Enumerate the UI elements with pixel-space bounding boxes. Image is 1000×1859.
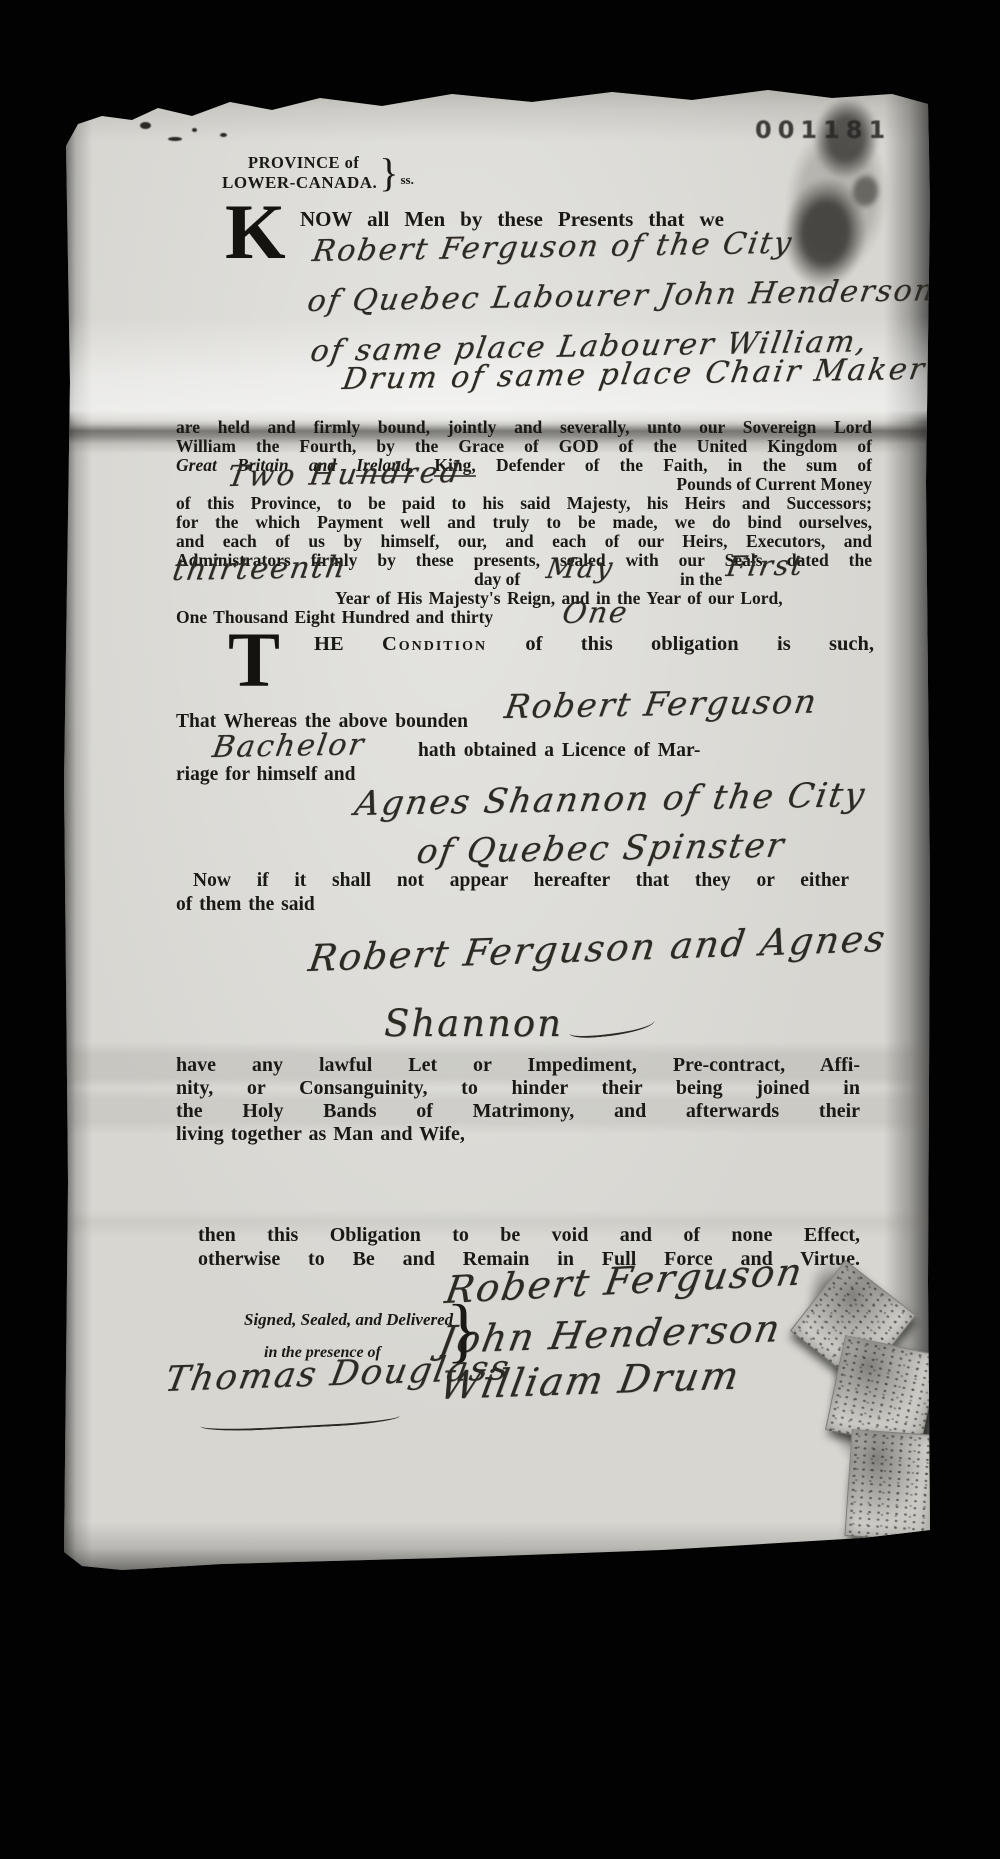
obligors-handwriting-line1: Robert Ferguson of the City — [310, 226, 796, 269]
province-header: PROVINCE of LOWER-CANADA. } ss. — [222, 154, 414, 193]
void-clause-line1: then this Obligation to be void and of n… — [198, 1224, 860, 1247]
province-line1: PROVINCE of — [248, 154, 377, 173]
licence-text: hath obtained a Licence of Mar- — [418, 740, 700, 762]
bond-clause-line5: of this Province, to be paid to his said… — [176, 493, 872, 514]
condition-he: HE — [314, 633, 382, 655]
groom-handwriting: Robert Ferguson — [502, 682, 821, 726]
bond-clause-line3-rest: Defender of the Faith, in the sum of — [476, 455, 872, 475]
couple-handwriting-line2: Shannon — [384, 1002, 563, 1045]
groom-status-handwriting: Bachelor — [210, 727, 368, 765]
couple-handwriting-line2-wrap: Shannon — [384, 1002, 655, 1045]
bond-clause-line6: for the which Payment well and truly to … — [176, 512, 872, 533]
paper-speck — [192, 128, 197, 132]
bond-clause-line2: William the Fourth, by the Grace of GOD … — [176, 436, 872, 457]
proviso-line1: Now if it shall not appear hereafter tha… — [193, 870, 849, 892]
impediment-line3: the Holy Bands of Matrimony, and afterwa… — [176, 1100, 860, 1123]
month-handwriting: May — [544, 551, 617, 585]
drop-cap-k: K — [225, 200, 286, 264]
condition-line: HE Condition of this obligation is such, — [314, 633, 874, 656]
couple-handwriting-line1: Robert Ferguson and Agnes — [306, 917, 889, 980]
condition-word: Condition — [382, 633, 487, 655]
bond-clause-line10: One Thousand Eight Hundred and thirty — [176, 607, 493, 628]
bride-handwriting-line2: of Quebec Spinster — [414, 826, 788, 872]
day-handwriting: thirteenth — [170, 550, 350, 588]
paper-speck — [168, 137, 182, 141]
wafer-seal-3 — [844, 1429, 938, 1542]
jurat-abbreviation: ss. — [400, 172, 413, 188]
bond-clause-line9: Year of His Majesty's Reign, and in the … — [335, 588, 783, 609]
impediment-line2: nity, or Consanguinity, to hinder their … — [176, 1077, 860, 1100]
scanned-document-screenshot: 001181 PROVINCE of LOWER-CANADA. } ss. K… — [0, 0, 1000, 1859]
regnal-year-handwriting: First — [724, 549, 807, 583]
attestation-line1: Signed, Sealed, and Delivered — [244, 1310, 453, 1330]
paper-speck — [220, 133, 227, 137]
paper-speck — [140, 122, 151, 129]
drop-cap-t: T — [228, 628, 280, 692]
impediment-line1: have any lawful Let or Impediment, Pre-c… — [176, 1054, 860, 1077]
impediment-line4: living together as Man and Wife, — [176, 1123, 465, 1146]
bond-clause-line1: are held and firmly bound, jointly and s… — [176, 417, 872, 438]
stamp-number: 001181 — [755, 116, 891, 144]
day-of-label: day of — [474, 569, 520, 590]
condition-rest: of this obligation is such, — [487, 633, 874, 655]
year-handwriting: One — [560, 595, 631, 630]
obligors-handwriting-line2: of Quebec Labourer John Henderson — [305, 273, 938, 319]
witness-signature-underline — [200, 1409, 400, 1433]
licence-cont: riage for himself and — [176, 764, 356, 786]
in-the-label: in the — [680, 569, 722, 590]
sum-handwriting: Two Hundred — [225, 455, 465, 493]
bride-handwriting-line1: Agnes Shannon of the City — [352, 775, 869, 824]
document-page: 001181 PROVINCE of LOWER-CANADA. } ss. K… — [62, 82, 932, 1574]
proviso-line2: of them the said — [176, 894, 315, 916]
pen-flourish — [568, 1014, 655, 1039]
header-brace: } — [379, 154, 398, 192]
